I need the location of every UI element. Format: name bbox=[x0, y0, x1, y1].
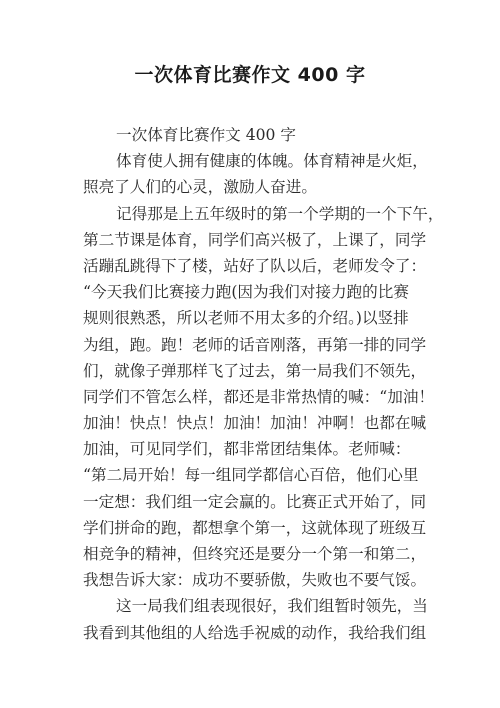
text-line: 规则很熟悉，所以老师不用太多的介绍。)以竖排 bbox=[83, 305, 435, 331]
document-body: 一次体育比赛作文 400 字体育使人拥有健康的体魄。体育精神是火炬，照亮了人们的… bbox=[83, 122, 435, 646]
text-line: 活蹦乱跳得下了楼，站好了队以后，老师发令了： bbox=[83, 253, 435, 279]
text-line: 我看到其他组的人给选手祝威的动作，我给我们组 bbox=[83, 620, 435, 646]
text-line: “第二局开始！每一组同学都信心百倍，他们心里 bbox=[83, 462, 435, 488]
text-line: 学们拼命的跑，都想拿个第一，这就体现了班级互 bbox=[83, 515, 435, 541]
text-line: 体育使人拥有健康的体魄。体育精神是火炬， bbox=[83, 148, 435, 174]
text-line: 记得那是上五年级时的第一个学期的一个下午， bbox=[83, 201, 435, 227]
text-line: 为组，跑。跑！老师的话音刚落，再第一排的同学 bbox=[83, 332, 435, 358]
text-line: 加油，可见同学们，都非常团结集体。老师喊： bbox=[83, 436, 435, 462]
text-line: 这一局我们组表现很好，我们组暂时领先，当 bbox=[83, 593, 435, 619]
text-line: “今天我们比赛接力跑(因为我们对接力跑的比赛 bbox=[83, 279, 435, 305]
text-line: 第二节课是体育，同学们高兴极了，上课了，同学 bbox=[83, 227, 435, 253]
text-line: 同学们不管怎么样，都还是非常热情的喊：“加油！ bbox=[83, 384, 435, 410]
text-line: 们，就像子弹那样飞了过去，第一局我们不领先， bbox=[83, 358, 435, 384]
text-line: 加油！快点！快点！加油！加油！冲啊！也都在喊 bbox=[83, 410, 435, 436]
text-line: 我想告诉大家：成功不要骄傲，失败也不要气馁。 bbox=[83, 567, 435, 593]
text-line: 照亮了人们的心灵，激励人奋进。 bbox=[83, 174, 435, 200]
document-title: 一次体育比赛作文 400 字 bbox=[0, 60, 500, 87]
text-line: 一定想：我们组一定会赢的。比赛正式开始了，同 bbox=[83, 489, 435, 515]
text-line: 一次体育比赛作文 400 字 bbox=[83, 122, 435, 148]
document-page: 一次体育比赛作文 400 字 一次体育比赛作文 400 字体育使人拥有健康的体魄… bbox=[0, 0, 500, 708]
text-line: 相竞争的精神，但终究还是要分一个第一和第二， bbox=[83, 541, 435, 567]
